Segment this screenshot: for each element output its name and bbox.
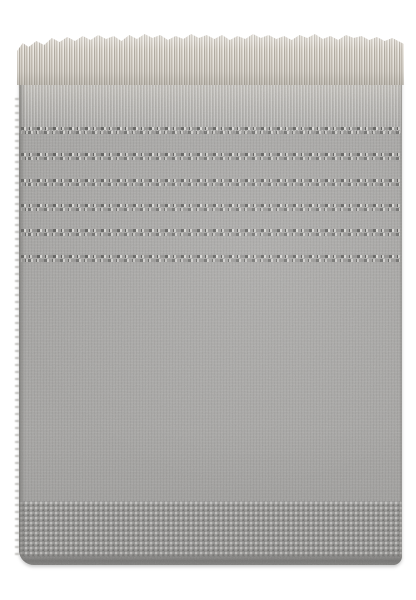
right-edge-shading — [399, 77, 402, 565]
throw-blanket — [18, 33, 402, 565]
lighting-sheen — [19, 77, 402, 565]
left-frayed-edge — [19, 77, 25, 565]
blanket-fabric — [19, 77, 402, 565]
product-photo — [0, 0, 416, 600]
top-fringe — [17, 33, 404, 85]
